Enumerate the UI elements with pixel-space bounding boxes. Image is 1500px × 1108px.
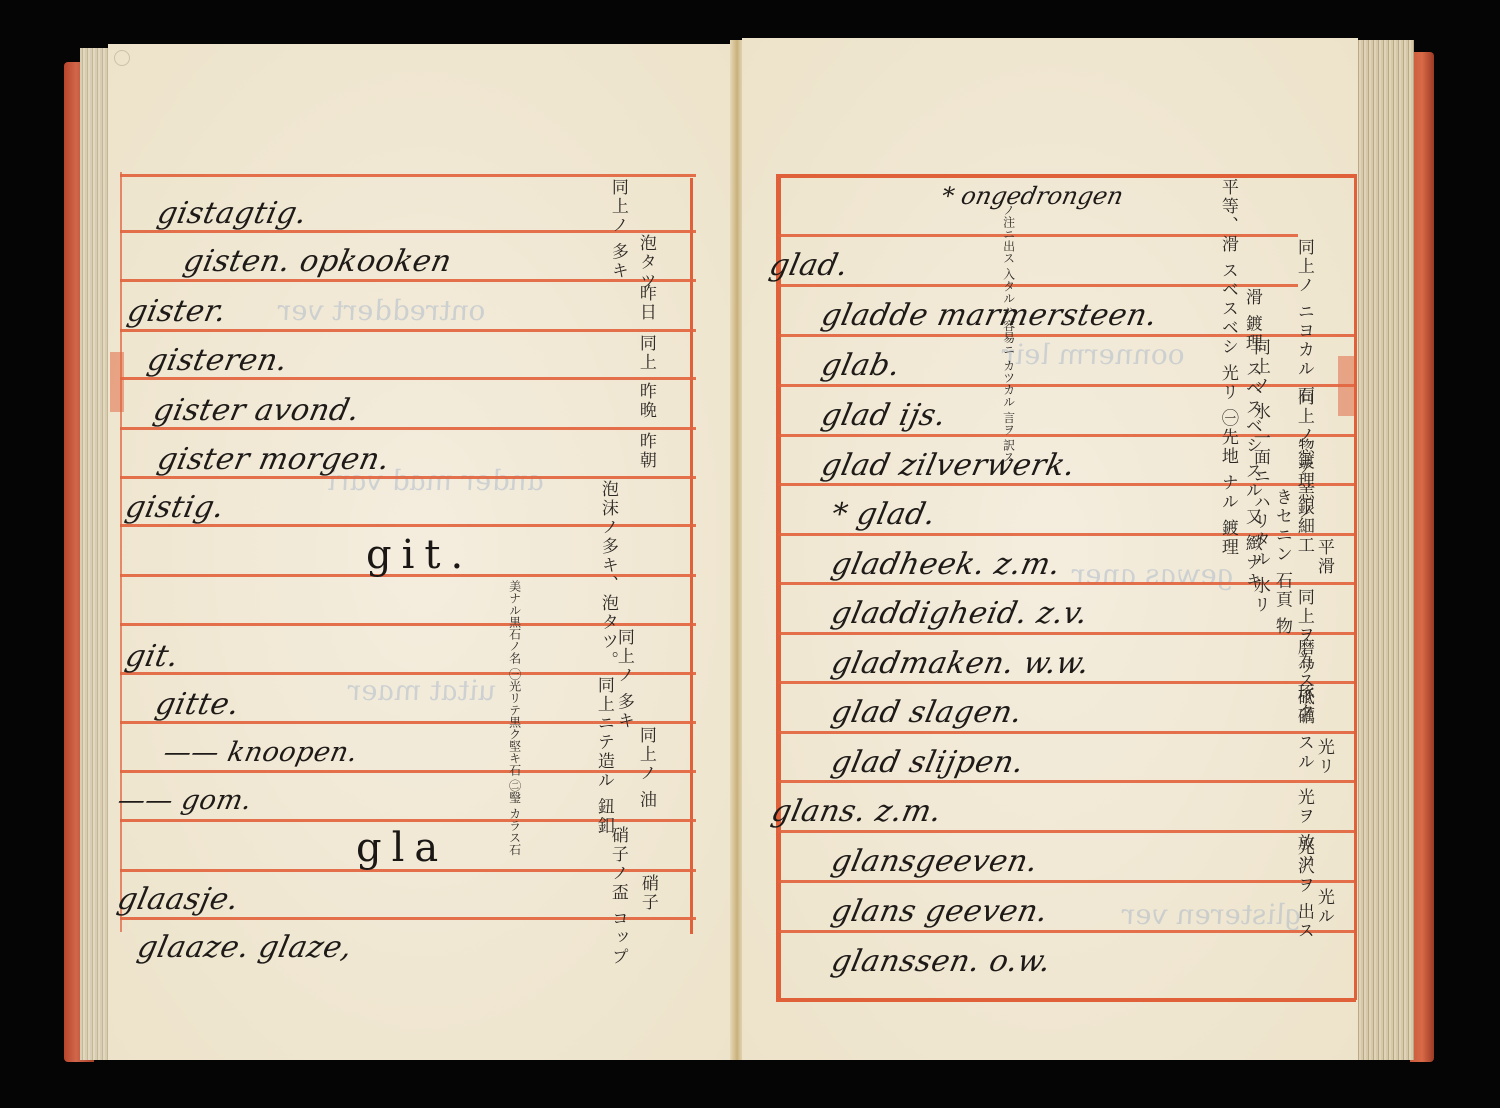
japanese-gloss: 同上ニテ造ル 鈕釦 (594, 676, 612, 722)
rule-line (778, 731, 1354, 734)
entry-word: gitte. (152, 687, 243, 722)
entry-word: gladdigheid. z.v. (828, 596, 1091, 631)
open-book: ontreddert ver ander mad vari uitat maer… (0, 0, 1500, 1108)
entry-word: —— knoopen. (161, 737, 361, 768)
japanese-gloss: 昨晩 (636, 382, 654, 420)
japanese-gloss: 昨朝 (636, 432, 654, 470)
rule-line (778, 780, 1354, 783)
show-through-text: glisteren ver (1118, 898, 1307, 931)
japanese-gloss: 光ル (1314, 888, 1332, 926)
entry-word: glans geeven. (828, 894, 1051, 929)
entry-word: —— gom. (115, 785, 255, 816)
show-through-text: uitat maer (344, 674, 501, 707)
left-page-block-edge (80, 48, 110, 1060)
rule-line (778, 880, 1354, 883)
entry-word: gisteren. (144, 343, 291, 378)
japanese-gloss: 硝子ノ盃 コップ (608, 826, 626, 874)
library-stamp-icon (114, 50, 130, 66)
entry-word: gistig. (122, 490, 228, 525)
entry-word: glansgeeven. (828, 844, 1041, 879)
japanese-gloss: 昨日 (636, 284, 654, 322)
rule-line (120, 329, 696, 332)
entry-word: gladde marmersteen. (818, 298, 1160, 333)
japanese-gloss: 光沢ヲ 出ス (1294, 838, 1312, 884)
left-page: ontreddert ver ander mad vari uitat maer… (108, 44, 738, 1060)
rule-line (778, 830, 1354, 833)
section-heading: git. (366, 532, 473, 578)
entry-word: * glad. (828, 497, 939, 532)
rule-line (778, 334, 1354, 337)
fold-marker (110, 352, 124, 412)
annotation-note: * ongedrongen (939, 182, 1126, 210)
section-heading: gla (356, 825, 448, 871)
entry-word: git. (122, 639, 182, 674)
entry-word: glad slagen. (828, 695, 1026, 730)
entry-word: glad zilverwerk. (818, 448, 1078, 483)
rule-line (778, 632, 1354, 635)
show-through-text: oonnerm leir (998, 338, 1189, 371)
japanese-gloss: 同上 (636, 334, 654, 372)
japanese-gloss: 磨リ 琢ク (1294, 638, 1312, 684)
entry-word: gister. (124, 294, 230, 329)
entry-word: gisten. opkooken (180, 244, 455, 279)
right-page: oonnerm leir gewas aner glisteren ver * … (742, 38, 1358, 1060)
japanese-gloss: 平滑 (1314, 538, 1332, 576)
frame-left-border (120, 172, 122, 932)
japanese-gloss: きセニン 石頁 物 (1272, 488, 1290, 534)
japanese-gloss: 光ヲ 放ツ (1294, 788, 1312, 834)
japanese-gloss: 滑 鍍理 スベスベシ スル 又 緻ナキ (1242, 288, 1260, 334)
entry-word: glaasje. (114, 882, 242, 917)
japanese-gloss: 同上ノ 多キ (608, 178, 626, 278)
rule-line (778, 930, 1354, 933)
japanese-gloss: 同上ノ 氷 一面ニ ハリタル 氷リ (1250, 338, 1268, 384)
rule-line (120, 174, 696, 177)
japanese-gloss: 平等、滑 スベスベシ 光リ ㊀先地 ナル 鍍理 (1218, 178, 1236, 234)
entry-word: glaaze. glaze, (134, 930, 355, 965)
entry-word: gladheek. z.m. (828, 547, 1064, 582)
entry-word: gister avond. (150, 393, 363, 428)
japanese-gloss: 泡沫ノ多キ、泡タツ。 (598, 480, 616, 526)
annotation-gloss: ノ注ニ出ス 入タルハ 容易ニ カツカル 言ヲ 訳ス (1002, 204, 1015, 234)
entry-word: glans. z.m. (768, 794, 945, 829)
entry-word: glanssen. o.w. (828, 944, 1054, 979)
japanese-gloss: 同上ノ ニヨカル 石 (1294, 238, 1312, 284)
entry-word: gistagtig. (154, 196, 310, 231)
frame-bottom-border (776, 998, 1356, 1002)
entry-word: glad ijs. (818, 398, 949, 433)
show-through-text: gewas aner (1068, 558, 1239, 591)
japanese-gloss: 惣テ 恙ノ (1294, 438, 1312, 484)
rule-line (778, 681, 1354, 684)
rule-line (120, 672, 696, 675)
japanese-gloss: 光リ (1314, 738, 1332, 776)
japanese-gloss: 同上ノ 多キ (614, 628, 632, 672)
entry-word: gladmaken. w.w. (828, 646, 1093, 681)
entry-word: glab. (818, 348, 903, 383)
frame-left-border (776, 176, 781, 1002)
frame-right-border (1354, 174, 1357, 1000)
show-through-text: ontreddert ver (274, 294, 490, 327)
japanese-gloss: 同上ノ 油 (636, 726, 654, 809)
japanese-gloss: 同上ヲ 為ス (1294, 588, 1312, 634)
japanese-gloss: 泡タツ (636, 234, 654, 291)
japanese-gloss: 美ナル黒石ノ名 ㊀光リテ黒ク堅キ石 ㊁瑿 カラス石 (508, 580, 521, 630)
entry-word: glad slijpen. (828, 745, 1027, 780)
japanese-gloss: 砥礪 スル (1294, 688, 1312, 734)
japanese-gloss: 硝子 (638, 874, 656, 912)
entry-word: glad. (766, 248, 851, 283)
frame-top-border (776, 174, 1356, 178)
right-page-block-edge (1356, 40, 1414, 1060)
japanese-gloss: 同上ノ 鍍理 銀細工 (1294, 388, 1312, 434)
entry-word: gister morgen. (154, 442, 393, 477)
